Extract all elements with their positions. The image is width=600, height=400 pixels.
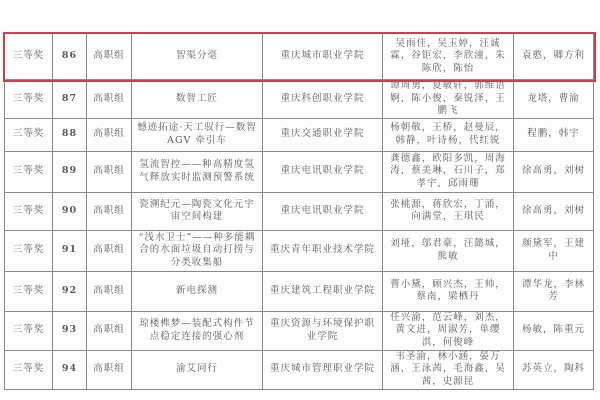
entry-number-cell: 87 (53, 80, 87, 119)
award-level-cell: 三等奖 (5, 230, 53, 271)
advisors-cell: 杨敏，陈重元 (514, 311, 594, 350)
advisors-cell: 苏英立，陶科 (514, 350, 594, 389)
team-members-cell: 谭周勇，夏敏轩，郭维语婀，陈小俊，秦锐泽，王鹏飞 (383, 80, 514, 119)
team-members-cell: 曹小黛，顾兴杰，王帅，蔡南，梁栖丹 (383, 271, 514, 311)
awards-table: 三等奖 86 高职组 智渠分毫 重庆城市职业学院 吴雨佳，吴玉婷，汪诚霖，谷钜宏… (4, 33, 594, 390)
group-cell: 高职组 (87, 230, 132, 271)
project-title-cell: 瓷溯纪元—陶瓷文化元宇宙空间构建 (132, 192, 263, 230)
entry-number-cell: 88 (53, 118, 87, 151)
table-row: 三等奖 93 高职组 琼楼榫梦—装配式构件节点稳定连接的强心剂 重庆资源与环境保… (5, 311, 594, 350)
award-level-cell: 三等奖 (5, 151, 53, 192)
school-cell: 重庆电讯职业学院 (263, 151, 383, 192)
team-members-cell: 杨朝敬，王桥，赵曼辰，韩静，叶诗杨，代红锐 (383, 118, 514, 151)
advisors-cell: 程鹏，韩宇 (514, 118, 594, 151)
award-level-cell: 三等奖 (5, 80, 53, 119)
school-cell: 重庆建筑工程职业学院 (263, 271, 383, 311)
award-level-cell: 三等奖 (5, 34, 53, 80)
award-level-cell: 三等奖 (5, 271, 53, 311)
group-cell: 高职组 (87, 271, 132, 311)
award-level-cell: 三等奖 (5, 192, 53, 230)
group-cell: 高职组 (87, 151, 132, 192)
project-title-cell: 渝艾同行 (132, 350, 263, 389)
table-row: 三等奖 90 高职组 瓷溯纪元—陶瓷文化元宇宙空间构建 重庆电讯职业学院 张桃源… (5, 192, 594, 230)
group-cell: 高职组 (87, 34, 132, 80)
advisors-cell: 徐高勇，刘树 (514, 192, 594, 230)
team-members-cell: 张桃源，蒋欣宏，丁涌，向满堂，王琪民 (383, 192, 514, 230)
table-row: 三等奖 86 高职组 智渠分毫 重庆城市职业学院 吴雨佳，吴玉婷，汪诚霖，谷钜宏… (5, 34, 594, 80)
award-level-cell: 三等奖 (5, 350, 53, 389)
school-cell: 重庆城市职业学院 (263, 34, 383, 80)
group-cell: 高职组 (87, 192, 132, 230)
table-row: 三等奖 94 高职组 渝艾同行 重庆城市管理职业学院 韦圣渝，林小涵，晏万涵，王… (5, 350, 594, 389)
table-row: 三等奖 91 高职组 “浅水卫士”——种多能耦合的水面垃圾自动打捞与分类收集船 … (5, 230, 594, 271)
advisors-cell: 袁憨，卿方利 (514, 34, 594, 80)
entry-number-cell: 93 (53, 311, 87, 350)
advisors-cell: 龙塔，曹渝 (514, 80, 594, 119)
group-cell: 高职组 (87, 350, 132, 389)
team-members-cell: 龚德鑫，欧阳多凯，周海涛，蔡美琳，石川子，郑孝宇，邱雨珊 (383, 151, 514, 192)
project-title-cell: 憾迹拓途·天工驭行—数智 AGV 牵引车 (132, 118, 263, 151)
entry-number-cell: 86 (53, 34, 87, 80)
project-title-cell: 智渠分毫 (132, 34, 263, 80)
entry-number-cell: 94 (53, 350, 87, 389)
entry-number-cell: 92 (53, 271, 87, 311)
advisors-cell: 颜黛军，王建中 (514, 230, 594, 271)
school-cell: 重庆电讯职业学院 (263, 192, 383, 230)
project-title-cell: “浅水卫士”——种多能耦合的水面垃圾自动打捞与分类收集船 (132, 230, 263, 271)
team-members-cell: 任兴渝，范云峰，刘杰，黄文进，周淑芳，单缨淇，何俊峰 (383, 311, 514, 350)
school-cell: 重庆城市管理职业学院 (263, 350, 383, 389)
group-cell: 高职组 (87, 311, 132, 350)
project-title-cell: 数智工匠 (132, 80, 263, 119)
school-cell: 重庆青年职业技术学院 (263, 230, 383, 271)
school-cell: 重庆科创职业学院 (263, 80, 383, 119)
project-title-cell: 琼楼榫梦—装配式构件节点稳定连接的强心剂 (132, 311, 263, 350)
advisors-cell: 徐高勇，刘树 (514, 151, 594, 192)
table-row: 三等奖 88 高职组 憾迹拓途·天工驭行—数智 AGV 牵引车 重庆交通职业学院… (5, 118, 594, 151)
school-cell: 重庆交通职业学院 (263, 118, 383, 151)
project-title-cell: 新电探测 (132, 271, 263, 311)
entry-number-cell: 90 (53, 192, 87, 230)
document-page: 三等奖 86 高职组 智渠分毫 重庆城市职业学院 吴雨佳，吴玉婷，汪诚霖，谷钜宏… (0, 0, 600, 400)
group-cell: 高职组 (87, 118, 132, 151)
team-members-cell: 吴雨佳，吴玉婷，汪诚霖，谷钜宏，李欣潼，朱陈欣，陈怡 (383, 34, 514, 80)
group-cell: 高职组 (87, 80, 132, 119)
entry-number-cell: 89 (53, 151, 87, 192)
table-row: 三等奖 87 高职组 数智工匠 重庆科创职业学院 谭周勇，夏敏轩，郭维语婀，陈小… (5, 80, 594, 119)
table-row: 三等奖 92 高职组 新电探测 重庆建筑工程职业学院 曹小黛，顾兴杰，王帅，蔡南… (5, 271, 594, 311)
entry-number-cell: 91 (53, 230, 87, 271)
table-row: 三等奖 89 高职组 氢流智控——种高精度氢气释放实时监测预警系统 重庆电讯职业… (5, 151, 594, 192)
award-level-cell: 三等奖 (5, 118, 53, 151)
advisors-cell: 谭华龙，李林芳 (514, 271, 594, 311)
award-level-cell: 三等奖 (5, 311, 53, 350)
team-members-cell: 刘垭，邬君豪，汪懿城，熊敏 (383, 230, 514, 271)
project-title-cell: 氢流智控——种高精度氢气释放实时监测预警系统 (132, 151, 263, 192)
school-cell: 重庆资源与环境保护职业学院 (263, 311, 383, 350)
team-members-cell: 韦圣渝，林小涵，晏万涵，王泳茜，毛海鑫，吴茜，史源昆 (383, 350, 514, 389)
